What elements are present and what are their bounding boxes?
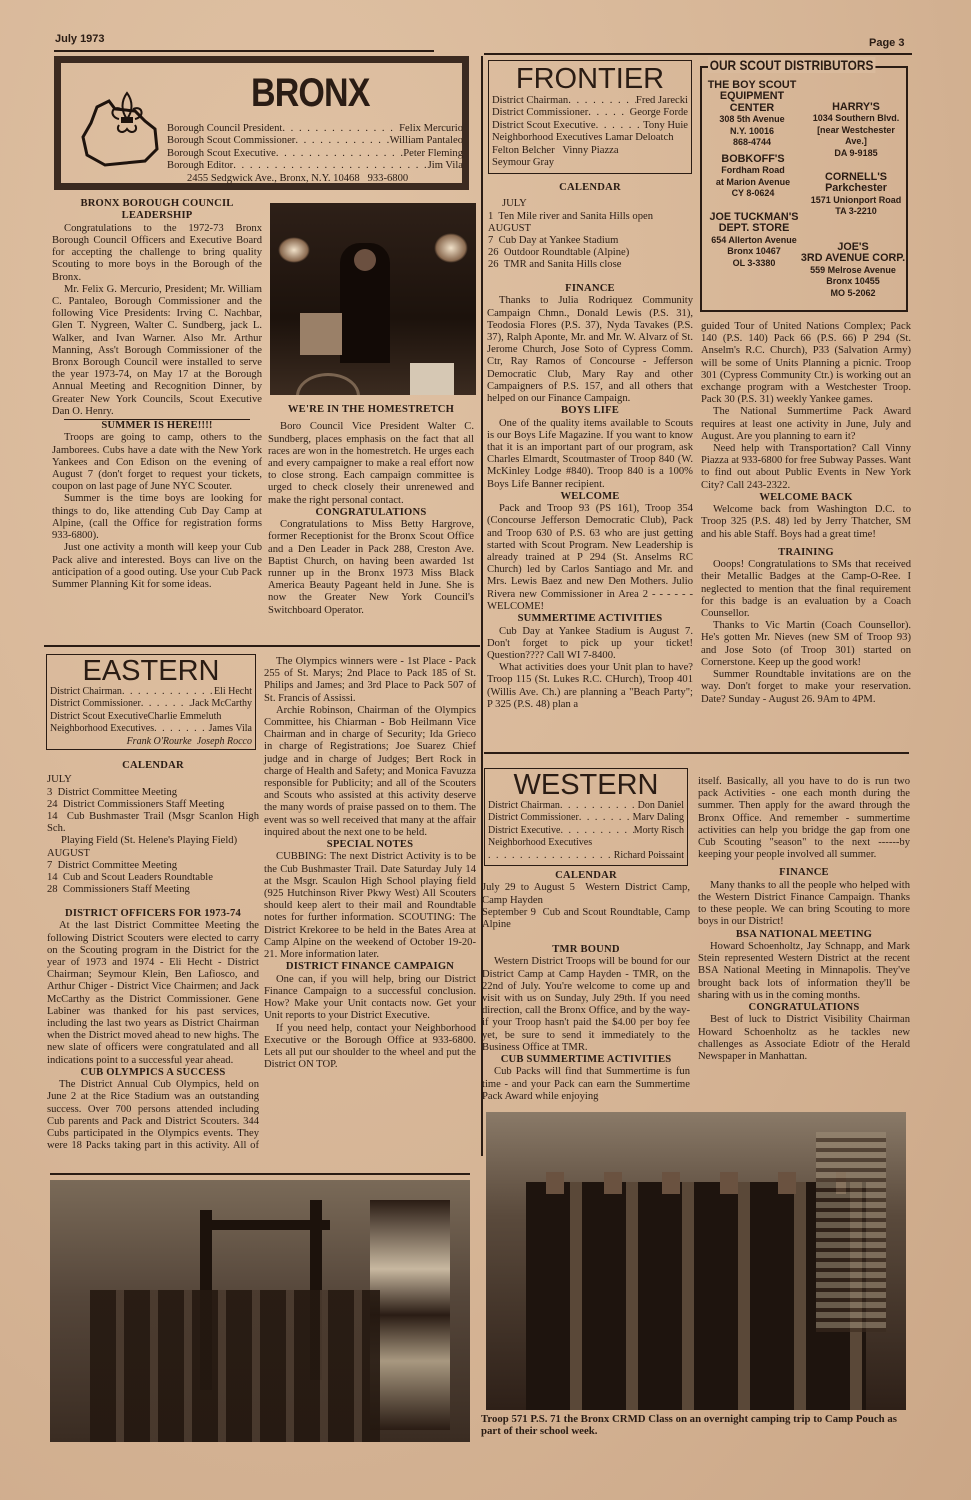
store-cornells: CORNELL'S Parkchester 1571 Unionport Roa… — [806, 172, 906, 218]
officer-row: District Scout ExecutiveTony Huie — [492, 120, 688, 132]
article-heading: BRONX BOROUGH COUNCIL LEADERSHIP — [52, 198, 262, 223]
officer-row: Borough Scout ExecutivePeter Fleming — [167, 148, 463, 160]
store-harrys: HARRY'S 1034 Southern Blvd. [near Westch… — [806, 102, 906, 159]
header-rule — [54, 50, 434, 52]
photo-rule — [50, 1173, 470, 1175]
bronx-officer-list: Borough Council PresidentFelix Mercurio … — [167, 123, 463, 173]
officer-row: Richard Poissaint — [488, 850, 684, 862]
frontier-calendar: CALENDAR JULY 1 Ten Mile river and Sanit… — [488, 182, 692, 272]
store-bobkoffs: BOBKOFF'S Fordham Road at Marion Avenue … — [708, 154, 798, 200]
bronx-dinner-photo — [270, 203, 476, 395]
officer-row: Neighborhood ExecutivesJames Vila — [50, 723, 252, 735]
bronx-leadership-article: BRONX BOROUGH COUNCIL LEADERSHIP Congrat… — [52, 198, 262, 591]
bronx-title: BRONX — [251, 71, 370, 116]
bronx-homestretch-article: WE'RE IN THE HOMESTRETCH Boro Council Vi… — [268, 404, 474, 617]
officer-row: District Scout ExecutiveCharlie Emmeluth — [50, 711, 252, 723]
officer-row: District CommissionerJack McCarthy — [50, 698, 252, 710]
officer-row: District ExecutiveMorty Risch — [488, 825, 684, 837]
officer-row: Borough Council PresidentFelix Mercurio — [167, 123, 463, 135]
page-number: Page 3 — [869, 37, 904, 49]
frontier-col3-articles: guided Tour of United Nations Complex; P… — [701, 321, 911, 706]
eastern-title: EASTERN — [50, 656, 252, 686]
frontier-masthead: FRONTIER District ChairmanFred Jarecki D… — [488, 60, 692, 174]
officer-row: District ChairmanEli Hecht — [50, 686, 252, 698]
officer-row: District ChairmanDon Daniel — [488, 800, 684, 812]
officer-row: District ChairmanFred Jarecki — [492, 95, 688, 107]
eastern-col2-articles: The Olympics winners were - 1st Place - … — [264, 656, 476, 1071]
store-joe-tuckmans: JOE TUCKMAN'S DEPT. STORE 654 Allerton A… — [706, 212, 802, 269]
western-col2-articles: itself. Basically, all you have to do is… — [698, 776, 910, 1063]
eastern-camp-photo — [50, 1180, 470, 1442]
eastern-col1-articles: DISTRICT OFFICERS FOR 1973-74 At the las… — [47, 908, 259, 1151]
western-troop-photo — [486, 1112, 906, 1410]
western-title: WESTERN — [488, 770, 684, 800]
eastern-calendar: CALENDAR JULY 3 District Committee Meeti… — [47, 760, 259, 896]
photo-caption: Troop 571 P.S. 71 the Bronx CRMD Class o… — [481, 1413, 911, 1437]
western-masthead: WESTERN District ChairmanDon Daniel Dist… — [484, 768, 688, 866]
officer-row: District CommissionerMarv Daling — [488, 812, 684, 824]
western-col1-articles: TMR BOUND Western District Troops will b… — [482, 944, 690, 1103]
western-calendar: CALENDAR July 29 to August 5 Western Dis… — [482, 870, 690, 931]
section-rule-eastern — [44, 645, 480, 647]
store-joes-3rd-avenue: JOE'S 3RD AVENUE CORP. 559 Melrose Avenu… — [798, 242, 908, 299]
article-heading: SUMMER IS HERE!!!! — [52, 420, 262, 432]
bronx-masthead: BRONX Borough Council PresidentFelix Mer… — [54, 56, 469, 190]
frontier-articles: FINANCE Thanks to Julia Rodriquez Commun… — [487, 283, 693, 711]
neighborhood-executives: Neighborhood Executives Lamar Deloatch — [492, 132, 688, 144]
neighborhood-executives: Felton Belcher Vinny Piazza — [492, 145, 688, 157]
frontier-title: FRONTIER — [492, 63, 688, 95]
officer-row: Borough EditorJim Vila — [167, 160, 463, 172]
store-boy-scout-equipment: THE BOY SCOUT EQUIPMENT CENTER 308 5th A… — [702, 80, 802, 148]
eastern-masthead: EASTERN District ChairmanEli Hecht Distr… — [46, 654, 256, 750]
officer-row: Borough Scout CommissionerWilliam Pantal… — [167, 135, 463, 147]
section-rule-western — [484, 752, 909, 754]
article-heading: CONGRATULATIONS — [268, 507, 474, 519]
officer-row: District CommissionerGeorge Forde — [492, 107, 688, 119]
scout-distributors-box: OUR SCOUT DISTRIBUTORS THE BOY SCOUT EQU… — [700, 66, 908, 312]
bronx-address: 2455 Sedgwick Ave., Bronx, N.Y. 10468 93… — [187, 173, 408, 184]
article-heading: WE'RE IN THE HOMESTRETCH — [268, 404, 474, 416]
header-rule-right — [484, 53, 912, 55]
issue-date: July 1973 — [55, 33, 105, 45]
bronx-map-fleur-de-lis-icon — [75, 79, 175, 179]
neighborhood-executives: Seymour Gray — [492, 157, 688, 169]
distributors-title: OUR SCOUT DISTRIBUTORS — [708, 57, 875, 73]
